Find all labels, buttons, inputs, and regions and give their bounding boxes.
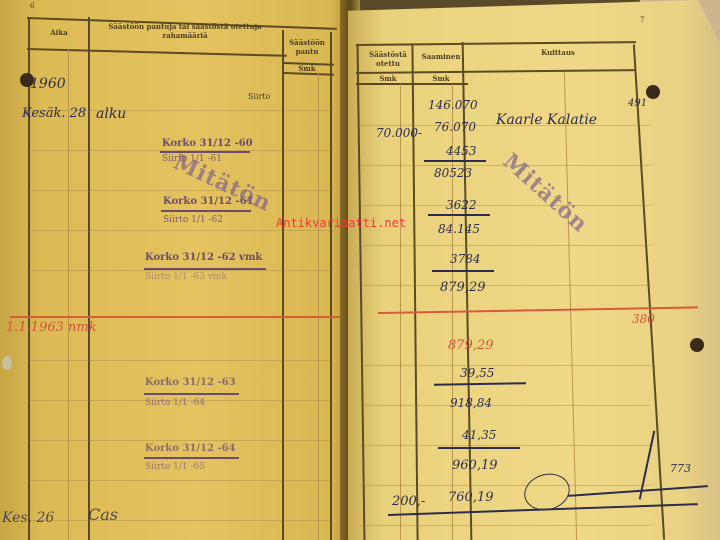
balance-entry: 760,19 xyxy=(448,490,494,505)
header-divider xyxy=(356,69,636,73)
balance-entry: 879,29 xyxy=(440,280,486,295)
margin-note-red: 380 xyxy=(632,312,655,326)
header-amounts: Säästöön pantuja tai säästöstä otettuja … xyxy=(100,22,270,40)
watermark: Antikvariaatti.net xyxy=(276,216,406,230)
table-top-border xyxy=(356,41,636,45)
red-divider-line xyxy=(10,316,340,318)
col-border xyxy=(330,32,332,540)
col-border xyxy=(633,44,665,539)
header-withdrawn-unit: Smk xyxy=(362,74,414,83)
ruled-line xyxy=(28,190,330,191)
sum-line xyxy=(428,214,490,216)
ruled-line xyxy=(360,285,650,286)
col-subdivider xyxy=(318,72,319,540)
col-border xyxy=(411,44,418,540)
stamp-underline xyxy=(144,268,266,270)
balance-entry: 146.070 xyxy=(428,98,478,112)
balance-entry: 960,19 xyxy=(452,458,498,473)
ruled-line xyxy=(360,405,650,406)
stamp-underline xyxy=(144,457,239,459)
stamp-underline xyxy=(160,151,250,153)
balance-entry: 918,84 xyxy=(450,396,492,410)
col-subdivider xyxy=(68,48,69,540)
balance-entry-red: 879,29 xyxy=(448,338,494,353)
left-page: 6 Aika Säästöön pantuja tai säästöstä ot… xyxy=(0,0,358,540)
handwritten-bottom-date: Kes. 26 xyxy=(2,510,54,526)
ruled-line xyxy=(360,245,650,246)
handwritten-initials: Cas xyxy=(88,505,118,524)
punch-hole xyxy=(646,85,660,99)
margin-note: 773 xyxy=(670,462,691,475)
col-border xyxy=(357,45,365,540)
stamp-underline xyxy=(144,393,239,395)
ruled-line xyxy=(28,230,330,231)
margin-note: 491 xyxy=(628,98,647,109)
transfer-stamp: Siirto 1/1 -63 vmk xyxy=(145,272,227,282)
withdrawal-entry: 200,- xyxy=(392,494,425,509)
handwritten-date: Kesäk. 28 xyxy=(22,106,86,121)
ruled-line xyxy=(360,365,650,366)
ruled-line xyxy=(28,480,330,481)
page-mark: 6 xyxy=(30,2,34,10)
col-border xyxy=(88,17,90,540)
balance-entry: 76.070 xyxy=(434,120,476,134)
balance-entry: 84.145 xyxy=(438,222,480,236)
signature-stroke xyxy=(568,485,708,496)
transfer-stamp: Siirto 1/1 -64 xyxy=(145,398,205,408)
receipt-signature: Kaarle Kalatie xyxy=(496,112,597,128)
header-deposited: Säästöön pantu xyxy=(284,38,330,56)
interest-entry: 3784 xyxy=(450,252,481,266)
carry-label: Siirto xyxy=(248,92,270,101)
punch-hole xyxy=(690,338,704,352)
header-divider xyxy=(27,48,287,56)
ruled-line xyxy=(28,520,330,521)
interest-entry: 4453 xyxy=(446,144,477,158)
handwritten-renewal: 1.1.1963 nmk xyxy=(6,320,97,335)
interest-stamp: Korko 31/12 -60 xyxy=(162,138,253,149)
page-number: 7 xyxy=(640,16,644,24)
header-receipt: Kuittaus xyxy=(468,48,648,57)
interest-stamp: Korko 31/12 -62 vmk xyxy=(145,252,262,263)
punch-hole xyxy=(2,356,12,370)
ruled-line xyxy=(360,205,650,206)
ruled-line xyxy=(360,525,650,526)
ruled-line xyxy=(360,445,650,446)
col-border xyxy=(28,17,30,540)
handwritten-note: alku xyxy=(96,106,126,122)
interest-stamp: Korko 31/12 -64 xyxy=(145,443,236,454)
sum-line xyxy=(432,270,494,272)
stamp-underline xyxy=(161,210,251,212)
interest-entry: 39,55 xyxy=(460,366,494,380)
ruled-line xyxy=(28,270,330,271)
interest-stamp: Korko 31/12 -63 xyxy=(145,377,236,388)
sum-line xyxy=(438,447,520,449)
header-balance: Saaminen xyxy=(416,52,466,61)
header-balance-unit: Smk xyxy=(416,74,466,83)
sum-line xyxy=(434,382,526,385)
transfer-stamp: Siirto 1/1 -62 xyxy=(163,215,223,225)
balance-entry: 80523 xyxy=(434,166,472,180)
header-deposited-unit: Smk xyxy=(284,64,330,73)
interest-entry: 3622 xyxy=(446,198,477,212)
handwritten-year: 1960 xyxy=(30,76,66,92)
withdrawal-entry: 70.000- xyxy=(376,126,422,140)
col-border xyxy=(282,30,284,540)
right-page: 7 Säästöstä otettu Smk Saaminen Smk Kuit… xyxy=(348,0,720,540)
interest-entry: 41,35 xyxy=(462,428,496,442)
void-stamp: Mitätön xyxy=(498,148,593,238)
sum-line xyxy=(424,160,486,162)
transfer-stamp: Siirto 1/1 -65 xyxy=(145,462,205,472)
col-subdivider xyxy=(564,72,577,540)
ruled-line xyxy=(28,440,330,441)
ruled-line xyxy=(28,360,330,361)
header-aika: Aika xyxy=(30,28,88,37)
ruled-line xyxy=(360,485,650,486)
header-withdrawn: Säästöstä otettu xyxy=(362,50,414,68)
